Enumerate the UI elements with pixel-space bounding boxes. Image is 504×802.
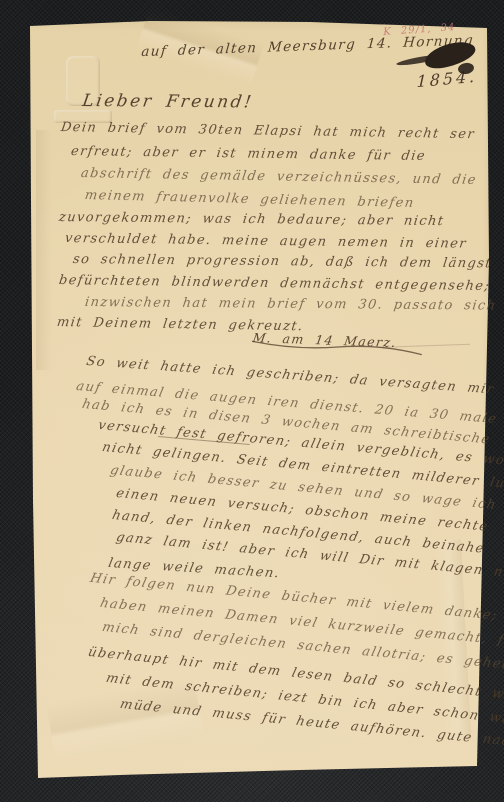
letter-salutation: Lieber Freund! — [81, 91, 255, 112]
photograph-of-letter: K 29/1, 34 auf der alten Meersburg 14. H… — [0, 0, 504, 802]
